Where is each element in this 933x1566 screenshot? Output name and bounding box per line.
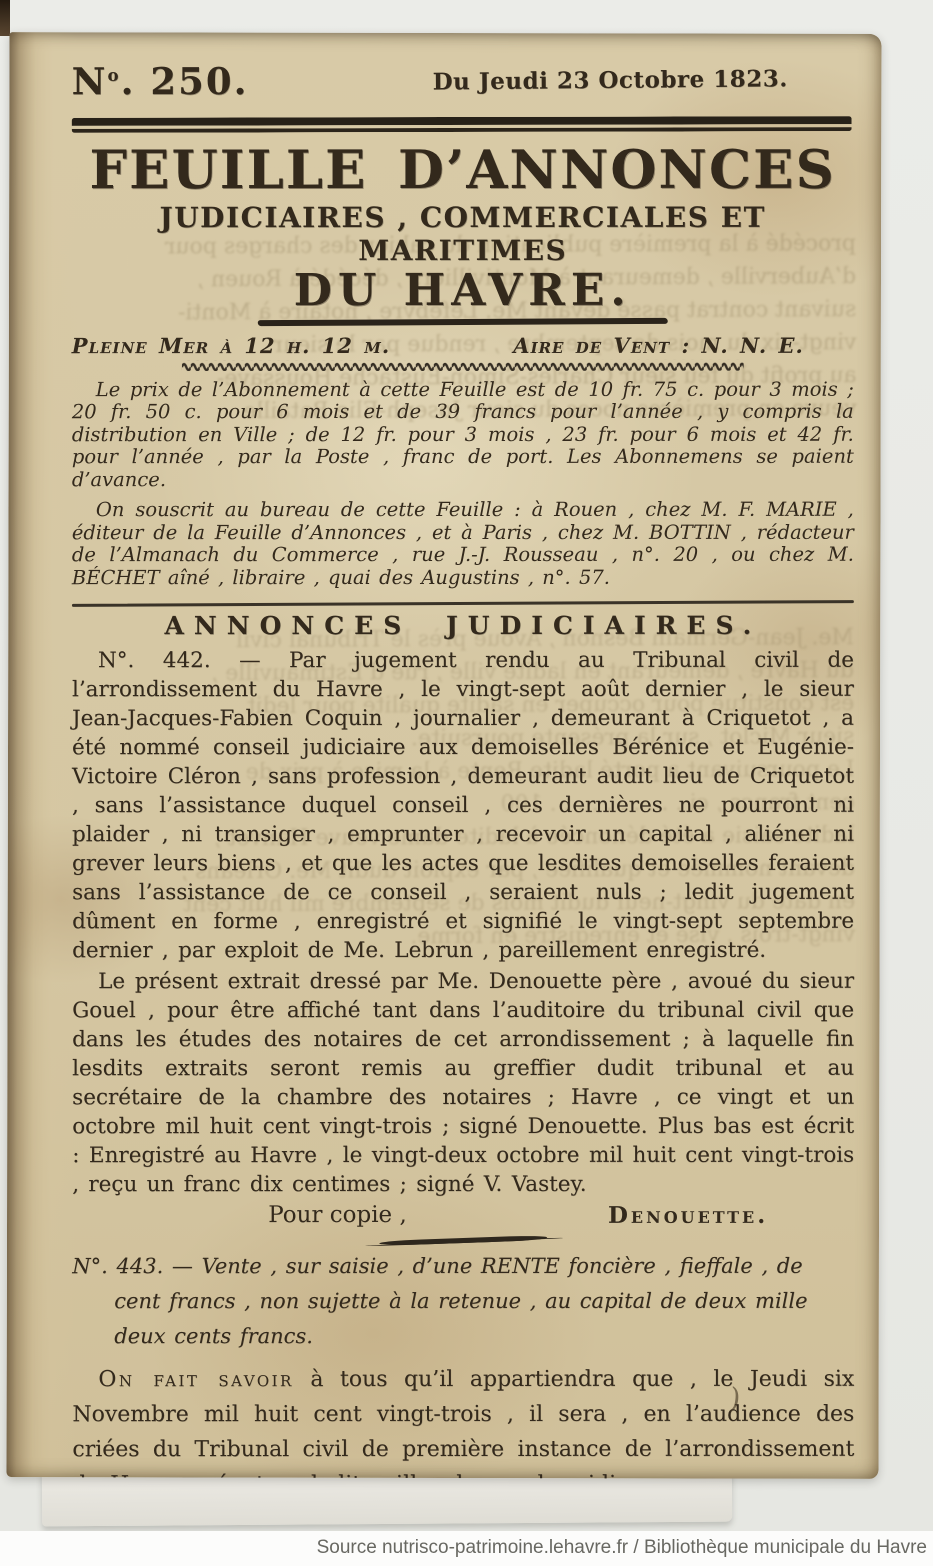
notice-442-judgment: N°. 442. — Par jugement rendu au Tribuna… xyxy=(72,646,854,965)
section-title: ANNONCES JUDICIAIRES. xyxy=(72,611,854,640)
high-tide-time: Pleine Mer à 12 h. 12 m. xyxy=(72,333,390,358)
issue-date: Du Jeudi 23 Octobre 1823. xyxy=(432,65,787,95)
masthead-city: DU HAVRE. xyxy=(72,267,854,316)
book-spine-edge xyxy=(0,0,10,36)
tide-line: Pleine Mer à 12 h. 12 m. Aire de Vent : … xyxy=(72,332,804,357)
notice-443-opening: On fait savoir xyxy=(98,1367,294,1392)
notice-442-extract: Le présent extrait dressé par Me. Denoue… xyxy=(72,967,854,1199)
subscription-offices: On souscrit au bureau de cette Feuille :… xyxy=(72,499,854,589)
signature-line: Pour copie , Denouette. xyxy=(72,1199,854,1229)
scan-viewport: procédé à la première publication du cah… xyxy=(0,0,933,1566)
subscription-prices: Le prix de l’Abonnement à cette Feuille … xyxy=(72,378,854,491)
double-rule xyxy=(72,116,852,133)
notice-443-heading: N°. 443. — Vente , sur saisie , d’une RE… xyxy=(72,1249,854,1354)
source-caption: Source nutrisco-patrimoine.lehavre.fr / … xyxy=(0,1531,933,1566)
signature-left: Pour copie , xyxy=(268,1202,407,1229)
masthead-subtitle: JUDICIAIRES , COMMERCIALES ET MARITIMES xyxy=(72,201,854,267)
newspaper-page: procédé à la première publication du cah… xyxy=(6,32,881,1479)
page-header: No. 250. Du Jeudi 23 Octobre 1823. xyxy=(72,59,854,115)
issue-number: No. 250. xyxy=(72,59,249,103)
page-content: No. 250. Du Jeudi 23 Octobre 1823. FEUIL… xyxy=(8,33,881,1478)
section-divider-rule xyxy=(72,600,854,607)
masthead-title: FEUILLE D’ANNONCES xyxy=(72,142,854,200)
wind-direction: Aire de Vent : N. N. E. xyxy=(513,332,804,357)
wavy-rule xyxy=(182,359,744,370)
short-rule xyxy=(258,317,668,325)
scan-background: procédé à la première publication du cah… xyxy=(0,0,933,1531)
notice-443-text: On fait savoir à tous qu’il appartiendra… xyxy=(72,1362,854,1479)
squiggle-rule xyxy=(379,1235,547,1246)
signature-name: Denouette. xyxy=(608,1202,768,1229)
